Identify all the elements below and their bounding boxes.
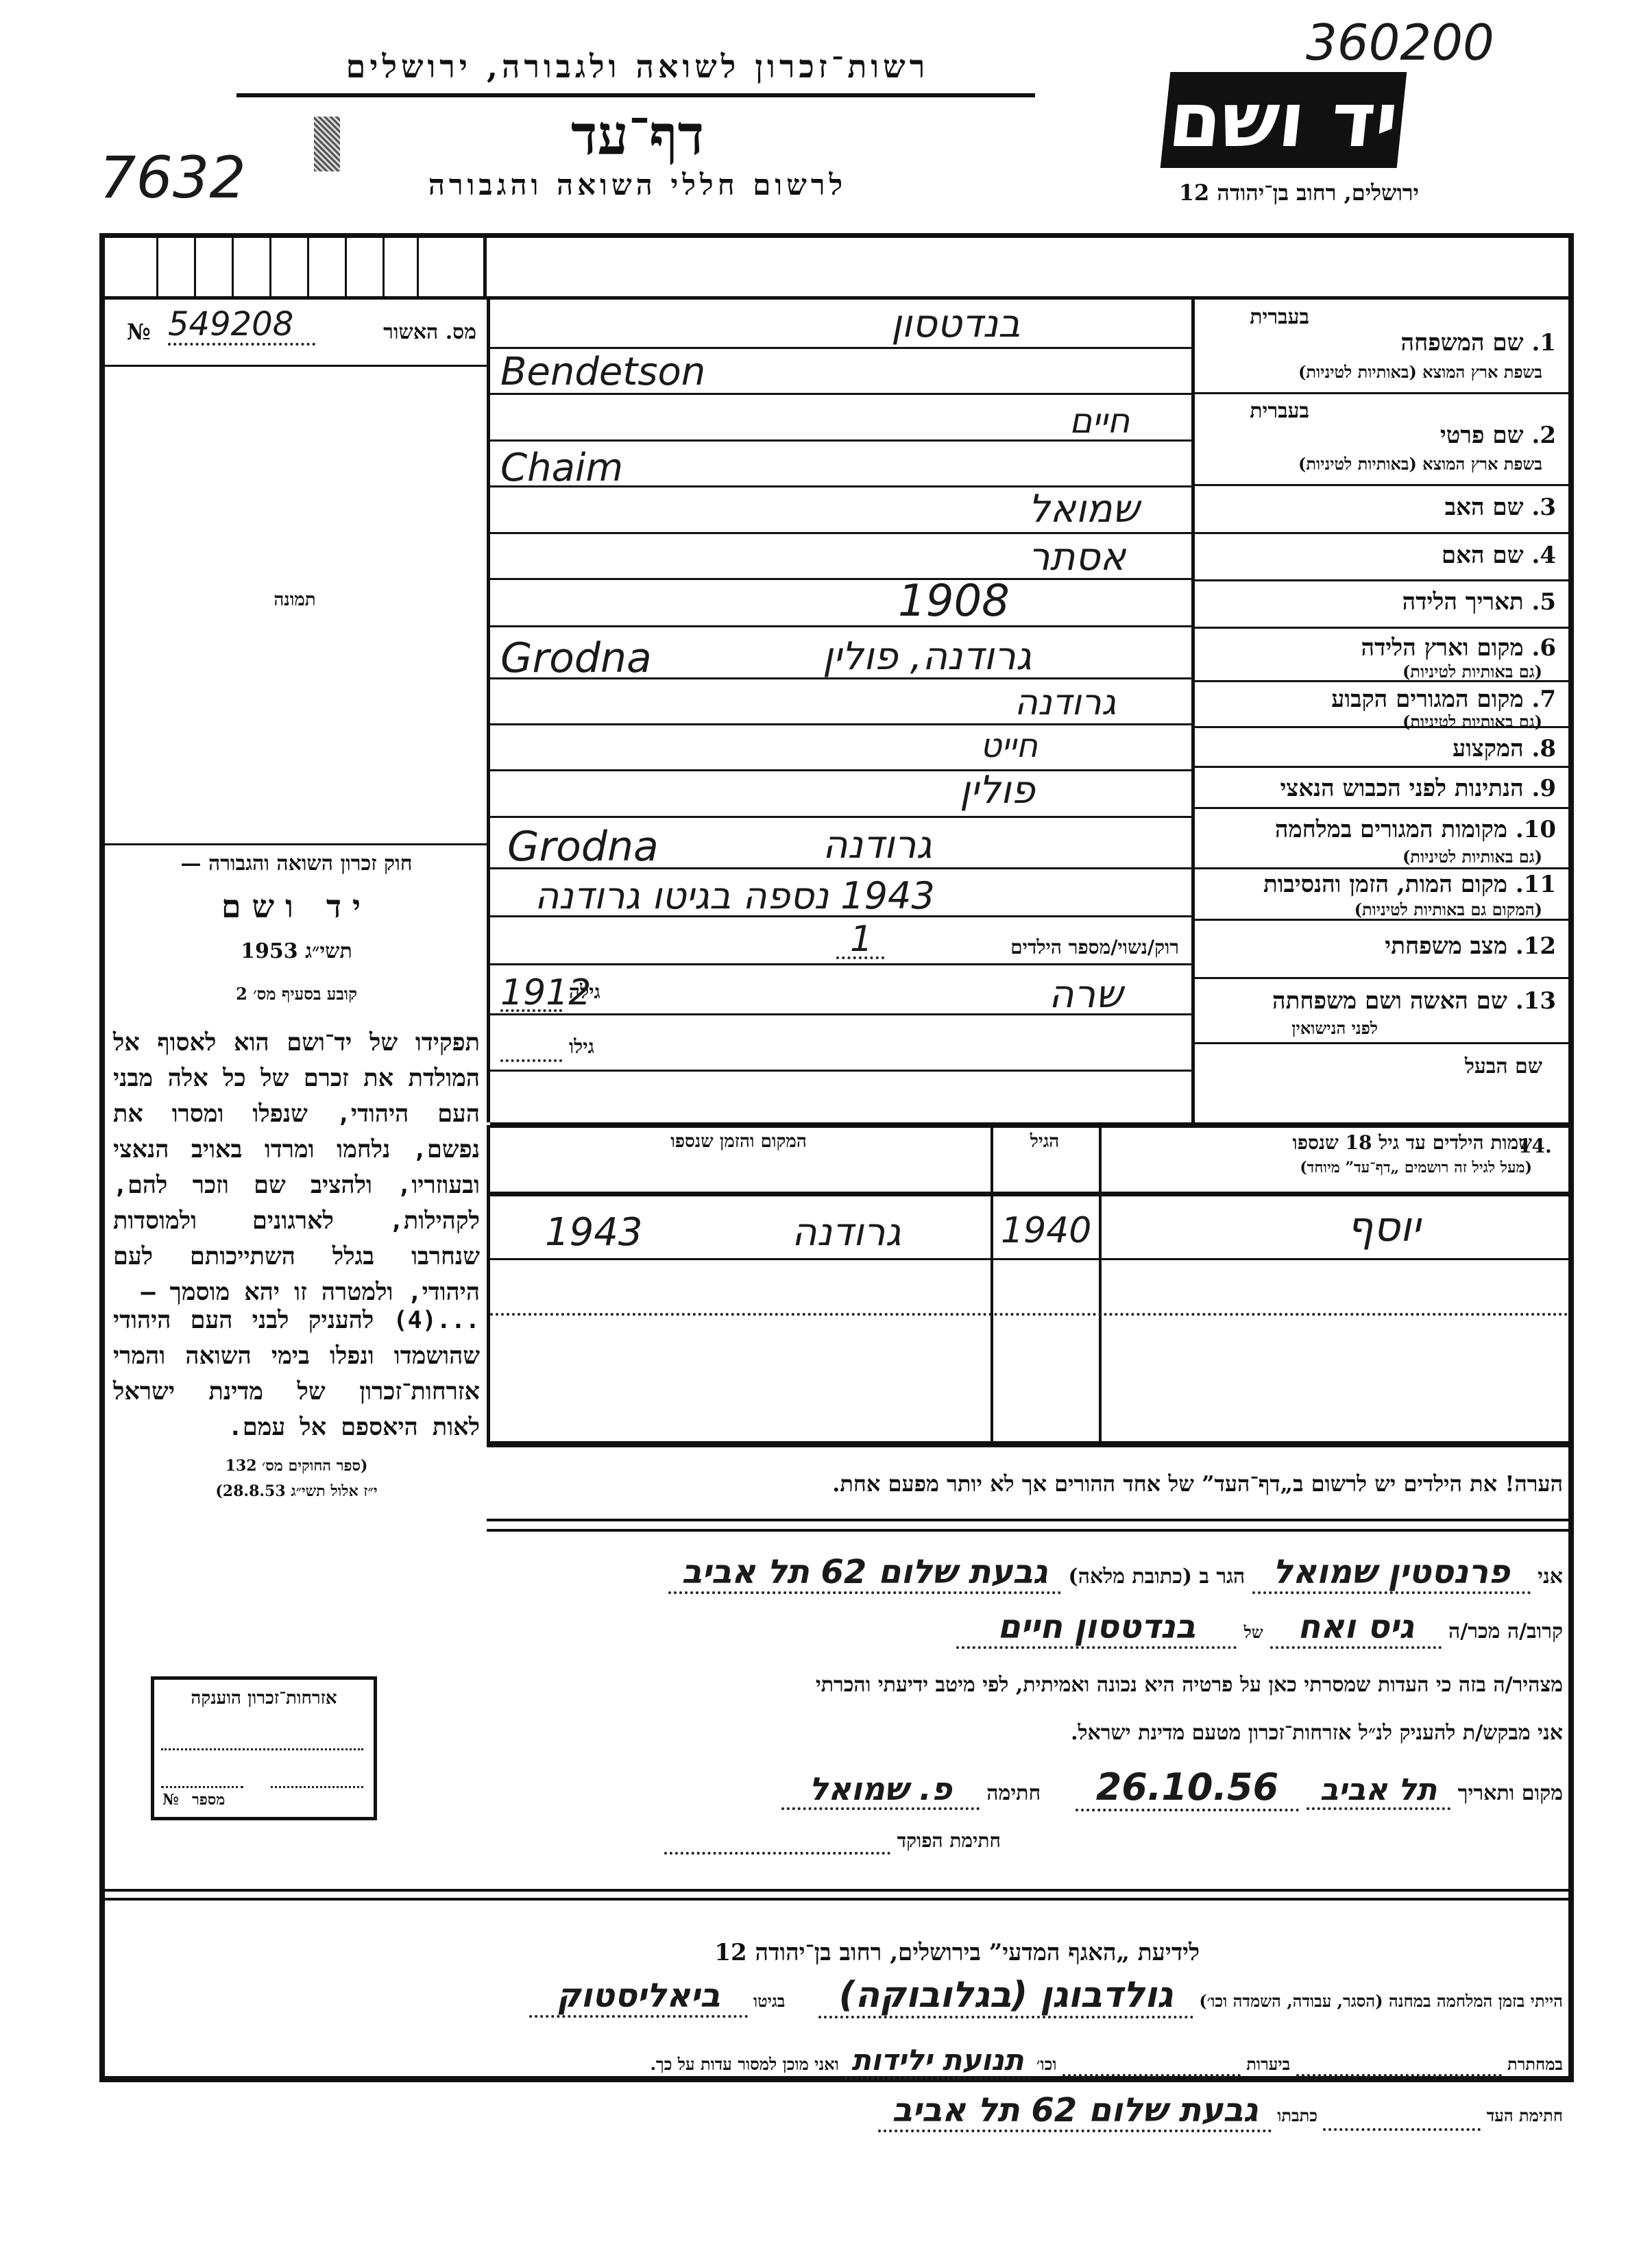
row-rule [490,532,1191,534]
scan-smudge [314,117,340,171]
form-subtitle: לרשום חללי השואה והגבורה [288,168,987,202]
index-row-bottom [105,296,1568,300]
declarant-address[interactable]: גבעת שלום 62 תל אביב [668,1553,1061,1594]
footer-line-1: הייתי בזמן המלחמה במחנה (הסגר, עבודה, הש… [110,1975,1563,2029]
law-year: תשי״ג 1953 [113,939,480,963]
declarant-name[interactable]: פרנסטין שמואל [1252,1553,1531,1594]
approval-label: מס. האשור [383,320,476,344]
field-11-label: 11. מקום המות, הזמן והנסיבות [1263,871,1556,898]
witness-address[interactable]: גבעת שלום 62 תל אביב [878,2091,1271,2132]
children-num: 14. [1518,1135,1552,1157]
field-2-label: 2. שם פרטי [1440,422,1556,449]
field-9-label: 9. הנתינות לפני הכבוש הנאצי [1280,775,1557,802]
handwritten-top-number: 360200 [1306,14,1494,71]
form-title: דף־עד [446,103,829,168]
place-date-signature-line: מקום ותאריך תל אביב 26.10.56 חתימה פ. שמ… [480,1765,1563,1820]
field-5-label: 5. תאריך הלידה [1402,588,1556,616]
law-section: קובע בסעיף מס׳ 2 [113,984,480,1004]
field-7-value[interactable]: גרודנה [1015,682,1116,723]
child-row-3[interactable] [490,1320,1568,1443]
field-6-label: 6. מקום וארץ הלידה [1361,634,1556,662]
number-sign: № [127,319,151,345]
field-2-value-latin[interactable]: Chaim [500,446,623,490]
approval-bottom-rule [105,365,487,367]
citizenship-no-sign: № [162,1791,179,1809]
field-1-value-latin[interactable]: Bendetson [500,350,705,394]
field-7-sub: (גם באותיות לטיניות) [1402,712,1542,732]
approval-number-value[interactable]: 549208 [168,305,293,343]
declaration-line-1: אני פרנסטין שמואל הגר ב (כתובת מלאה) גבע… [404,1553,1563,1601]
row-rule [490,625,1191,627]
field-8-value[interactable]: חייט [980,727,1038,765]
footer-line-2: במחתרת ביערות וכו׳ תנועת ילידות ואני מוכ… [110,2043,1563,2084]
field-10-label: 10. מקומות המגורים במלחמה [1275,816,1556,843]
husband-name-label: שם הבעל [1465,1054,1542,1078]
form-top-border [99,233,1574,238]
approval-number-field: № 549208 מס. האשור [127,312,476,353]
field-11-sub: (המקום גם באותיות לטיניות) [1355,900,1542,920]
label-rule [1195,867,1568,869]
date-value[interactable]: 26.10.56 [1076,1765,1299,1811]
citizenship-number-label: מספר [192,1791,225,1809]
field-9-value[interactable]: פולין [960,768,1035,812]
witness-signature[interactable] [1323,2095,1481,2131]
field-7-label: 7. מקום המגורים הקבוע [1331,686,1556,713]
relation-value[interactable]: גיס ואח [1270,1608,1441,1649]
footer-line-3: חתימת העד כתבתו גבעת שלום 62 תל אביב [480,2091,1563,2139]
law-title: חוק זכרון השואה והגבורה — [113,852,480,876]
law-paragraph-1: תפקידו של יד־ושם הוא לאסוף אל המולדת את … [113,1025,480,1310]
logo-text: יד ושם [1165,76,1402,164]
label-rule [1195,977,1568,979]
row-rule [490,769,1191,771]
child-row-1: 1943 גרודנה 1940 יוסף [490,1196,1568,1265]
officer-signature-line: חתימת הפוקד [480,1829,1001,1870]
law-citation-1: (ספר החוקים מס׳ 132 [113,1457,480,1475]
note-text: הערה! את הילדים יש לרשום ב„דף־העד” של אח… [494,1471,1563,1497]
field-2-hebrew-tag: בעברית [1250,399,1309,423]
label-rule [1195,807,1568,809]
law-box: חוק זכרון השואה והגבורה — יד ושם תשי״ג 1… [113,850,480,1255]
footer-title: לידיעת „האגף המדעי” בירושלים, רחוב בן־יה… [480,1939,1200,1966]
field-6-value-latin[interactable]: Grodna [500,634,652,682]
field-12-inline-label: רוק/נשוי/מספר הילדים [1010,936,1179,959]
field-1-label: 1. שם המשפחה [1401,329,1556,357]
law-citation-2: י״ז אלול תשי״ג 28.8.53) [113,1482,480,1500]
field-3-value[interactable]: שמואל [1028,487,1139,531]
child-1-age[interactable]: 1940 [1001,1210,1091,1251]
declarant-signature[interactable]: פ. שמואל [781,1770,980,1810]
officer-signature-field[interactable] [664,1829,890,1855]
header-rule [236,93,1035,97]
index-boxes [105,238,485,296]
field-1-hebrew-tag: בעברית [1250,305,1309,329]
children-age-header: הגיל [993,1131,1096,1152]
law-box-continued: ...(4) להעניק לבני העם היהודי שהושמדו ונ… [113,1303,480,1591]
field-5-value[interactable]: 1908 [898,576,1010,627]
child-row-2[interactable] [490,1265,1568,1320]
victim-name-ref[interactable]: בנדטסון חיים [956,1608,1237,1649]
note-bottom-rule-2 [487,1529,1568,1532]
note-bottom-rule-1 [487,1519,1568,1521]
field-3-label: 3. שם האב [1445,494,1556,521]
field-2-sub: בשפת ארץ המוצא (באותיות לטיניות) [1298,454,1542,474]
law-name: יד ושם [113,888,480,925]
authority-line: רשות־זכרון לשואה ולגבורה, ירושלים [271,48,1004,85]
children-top-rule [490,1122,1568,1128]
wife-name-value[interactable]: שרה [1049,972,1123,1017]
children-count-value[interactable]: 1 [850,919,873,960]
field-13-sub: לפני הנישואין [1291,1018,1378,1039]
children-title: שמות הילדים עד גיל 18 שנספו [1293,1131,1532,1155]
field-2-value-hebrew[interactable]: חיים [1069,401,1130,441]
field-6-value-hebrew[interactable]: גרודנה, פולין [823,634,1032,679]
form-left-border [99,233,105,2081]
field-1-sub: בשפת ארץ המוצא (באותיות לטיניות) [1298,362,1542,383]
camp-value[interactable]: גולדבוגן (בגלובוקה) [818,1975,1193,2018]
form-right-border [1568,233,1574,2081]
field-11-value[interactable]: 1943 נספה בגיטו גרודנה [535,874,1179,917]
ghetto-value[interactable]: ביאליסטוק [529,1977,748,2018]
law-paragraph-2: ...(4) להעניק לבני העם היהודי שהושמדו ונ… [113,1303,480,1445]
footer-rule-1 [105,1889,1568,1892]
row-rule [490,963,1191,965]
declaration-line-3: מצהיר/ה בזה כי העדות שמסרתי כאן על פרטיה… [487,1673,1563,1697]
husband-age-field[interactable] [500,1059,562,1062]
label-rule [1195,579,1568,581]
label-rule [1195,392,1568,394]
address-line: ירושלים, רחוב בן־יהודה 12 [1124,180,1419,206]
field-10-value-hebrew[interactable]: גרודנה [823,823,932,867]
label-rule [1195,1042,1568,1044]
label-rule [1195,766,1568,768]
forest-field[interactable] [1062,2054,1241,2077]
movement-value[interactable]: תנועת ילידות [845,2043,1030,2079]
child-1-year[interactable]: 1943 [545,1210,643,1255]
place-value[interactable]: תל אביב [1307,1772,1451,1810]
photo-bottom-rule [105,843,487,845]
row-rule [490,723,1191,725]
child-1-name[interactable]: יוסף [1347,1203,1420,1251]
citizenship-field-2[interactable] [161,1786,243,1788]
field-10-sub: (גם באותיות לטיניות) [1402,847,1542,867]
handwritten-file-number: 7632 [99,144,246,211]
field-10-value-latin[interactable]: Grodna [507,823,659,871]
citizenship-field-3[interactable] [271,1786,363,1788]
underground-field[interactable] [1296,2054,1502,2077]
husband-age-label: גילו [569,1035,594,1059]
footer-rule-2 [105,1898,1568,1901]
row-rule [490,816,1191,818]
child-1-place[interactable]: גרודנה [792,1210,901,1255]
children-place-time-header: המקום והזמן שנספו [490,1131,987,1152]
field-12-label: 12. מצב משפחתי [1385,932,1556,960]
note-top-rule [487,1441,1568,1447]
left-column-separator [487,300,490,1122]
field-8-label: 8. המקצוע [1453,735,1556,762]
citizenship-box: אזרחות־זכרון הוענקה № מספר [151,1676,377,1820]
yad-vashem-logo: יד ושם [1161,72,1407,168]
declaration-line-4: אני מבקש/ת להעניק לנ״ל אזרחות־זכרון מטעם… [487,1721,1563,1745]
citizenship-title: אזרחות־זכרון הוענקה [154,1688,374,1709]
field-1-value-hebrew[interactable]: בנדטסון [891,302,1021,346]
field-6-sub: (גם באותיות לטיניות) [1402,662,1542,682]
photo-label: תמונה [226,590,363,610]
label-rule [1195,627,1568,629]
label-column-separator [1191,300,1195,1122]
label-rule [1195,484,1568,486]
declaration-line-2: קרוב/ה מכר/ה גיס ואח של בנדטסון חיים [411,1608,1563,1656]
citizenship-field-1[interactable] [161,1748,363,1750]
field-13-label: 13. שם האשה ושם משפחתה [1272,987,1556,1015]
label-rule [1195,532,1568,534]
children-note: (מעל לגיל זה רושמים „דף־עד” מיוחד) [1300,1159,1532,1177]
row-rule [490,1070,1191,1072]
field-4-value[interactable]: אסתר [1028,535,1126,579]
field-4-label: 4. שם האם [1442,542,1556,569]
children-header-rule [490,1192,1568,1196]
wife-age-value[interactable]: 1912 [500,972,591,1013]
archive-number: 360200 [1306,14,1494,71]
row-rule [490,347,1191,349]
